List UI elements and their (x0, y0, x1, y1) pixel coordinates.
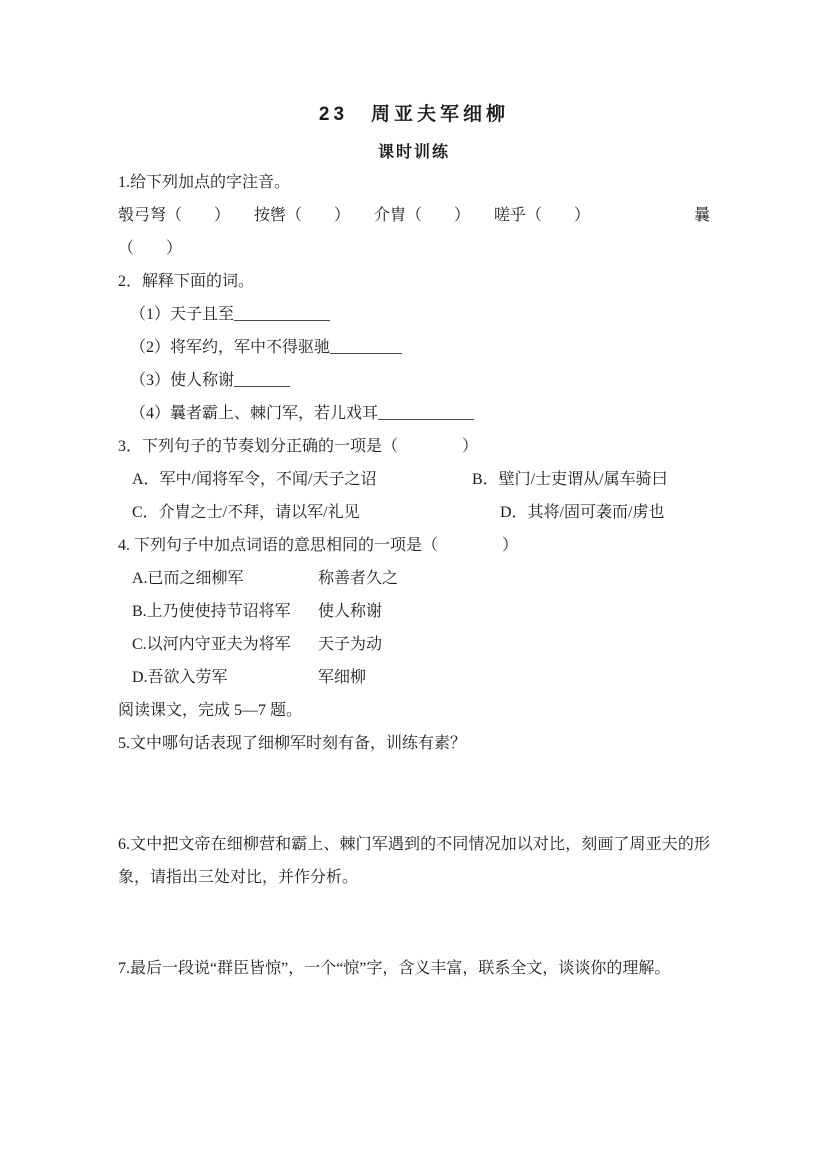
q2-item-3: （3）使人称谢_______ (118, 364, 710, 397)
q3-stem: 3．下列句子的节奏划分正确的一项是（ ） (118, 430, 710, 463)
q3-option-c: C．介胄之士/不拜，请以军/礼见 (132, 496, 472, 529)
q1-word-row: 彀弓弩（ ） 按辔（ ） 介胄（ ） 嗟乎（ ） 曩 (118, 199, 710, 232)
q6-stem: 6.文中把文帝在细柳营和霸上、棘门军遇到的不同情况加以对比，刻画了周亚夫的形象，… (118, 828, 710, 894)
q4-option-d-left: D.吾欲入劳军 (132, 661, 318, 694)
q4-option-c-row: C.以河内守亚夫为将军 天子为动 (118, 628, 710, 661)
section-heading-training: 课时训练 (118, 140, 710, 166)
q4-option-a-right: 称善者久之 (318, 562, 398, 595)
q4-option-a-left: A.已而之细柳军 (132, 562, 318, 595)
q1-word-jie-zhou: 介胄（ ） (374, 199, 470, 232)
q4-option-a-row: A.已而之细柳军 称善者久之 (118, 562, 710, 595)
q2-item-1: （1）天子且至____________ (118, 298, 710, 331)
worksheet-page: 23 周亚夫军细柳 课时训练 1.给下列加点的字注音。 彀弓弩（ ） 按辔（ ）… (0, 0, 827, 1169)
q1-word-gou-gong-nu: 彀弓弩（ ） (118, 199, 230, 232)
q4-option-c-right: 天子为动 (318, 628, 382, 661)
q4-option-d-row: D.吾欲入劳军 军细柳 (118, 661, 710, 694)
q4-option-b-right: 使人称谢 (318, 595, 382, 628)
reading-intro: 阅读课文，完成 5—7 题。 (118, 694, 710, 727)
q3-option-row-cd: C．介胄之士/不拜，请以军/礼见 D．其将/固可袭而/虏也 (118, 496, 710, 529)
q3-option-b: B．壁门/士吏谓从/属车骑曰 (472, 463, 668, 496)
q2-item-4: （4）曩者霸上、棘门军，若儿戏耳____________ (118, 397, 710, 430)
q4-option-b-left: B.上乃使使持节诏将军 (132, 595, 318, 628)
q3-option-a: A．军中/闻将军令，不闻/天子之诏 (132, 463, 472, 496)
q1-word-an-pei: 按辔（ ） (254, 199, 350, 232)
q4-option-b-row: B.上乃使使持节诏将军 使人称谢 (118, 595, 710, 628)
q2-stem: 2．解释下面的词。 (118, 265, 710, 298)
q2-item-2: （2）将军约，军中不得驱驰_________ (118, 331, 710, 364)
q3-option-row-ab: A．军中/闻将军令，不闻/天子之诏 B．壁门/士吏谓从/属车骑曰 (118, 463, 710, 496)
q1-stem: 1.给下列加点的字注音。 (118, 166, 710, 199)
q4-option-c-left: C.以河内守亚夫为将军 (132, 628, 318, 661)
q1-word-row-continued: （ ） (118, 232, 710, 265)
q1-word-nang: 曩 (694, 199, 710, 232)
document-body: 23 周亚夫军细柳 课时训练 1.给下列加点的字注音。 彀弓弩（ ） 按辔（ ）… (118, 100, 710, 985)
q6-answer-space (118, 894, 710, 952)
q5-answer-space (118, 760, 710, 828)
lesson-title: 23 周亚夫军细柳 (118, 100, 710, 130)
q4-stem: 4. 下列句子中加点词语的意思相同的一项是（ ） (118, 529, 710, 562)
q3-option-d: D．其将/固可袭而/虏也 (500, 496, 664, 529)
q7-stem: 7.最后一段说“群臣皆惊”，一个“惊”字，含义丰富，联系全文，谈谈你的理解。 (118, 952, 710, 985)
q4-option-d-right: 军细柳 (318, 661, 366, 694)
q5-stem: 5.文中哪句话表现了细柳军时刻有备，训练有素？ (118, 727, 710, 760)
q1-word-jie-hu: 嗟乎（ ） (494, 199, 590, 232)
